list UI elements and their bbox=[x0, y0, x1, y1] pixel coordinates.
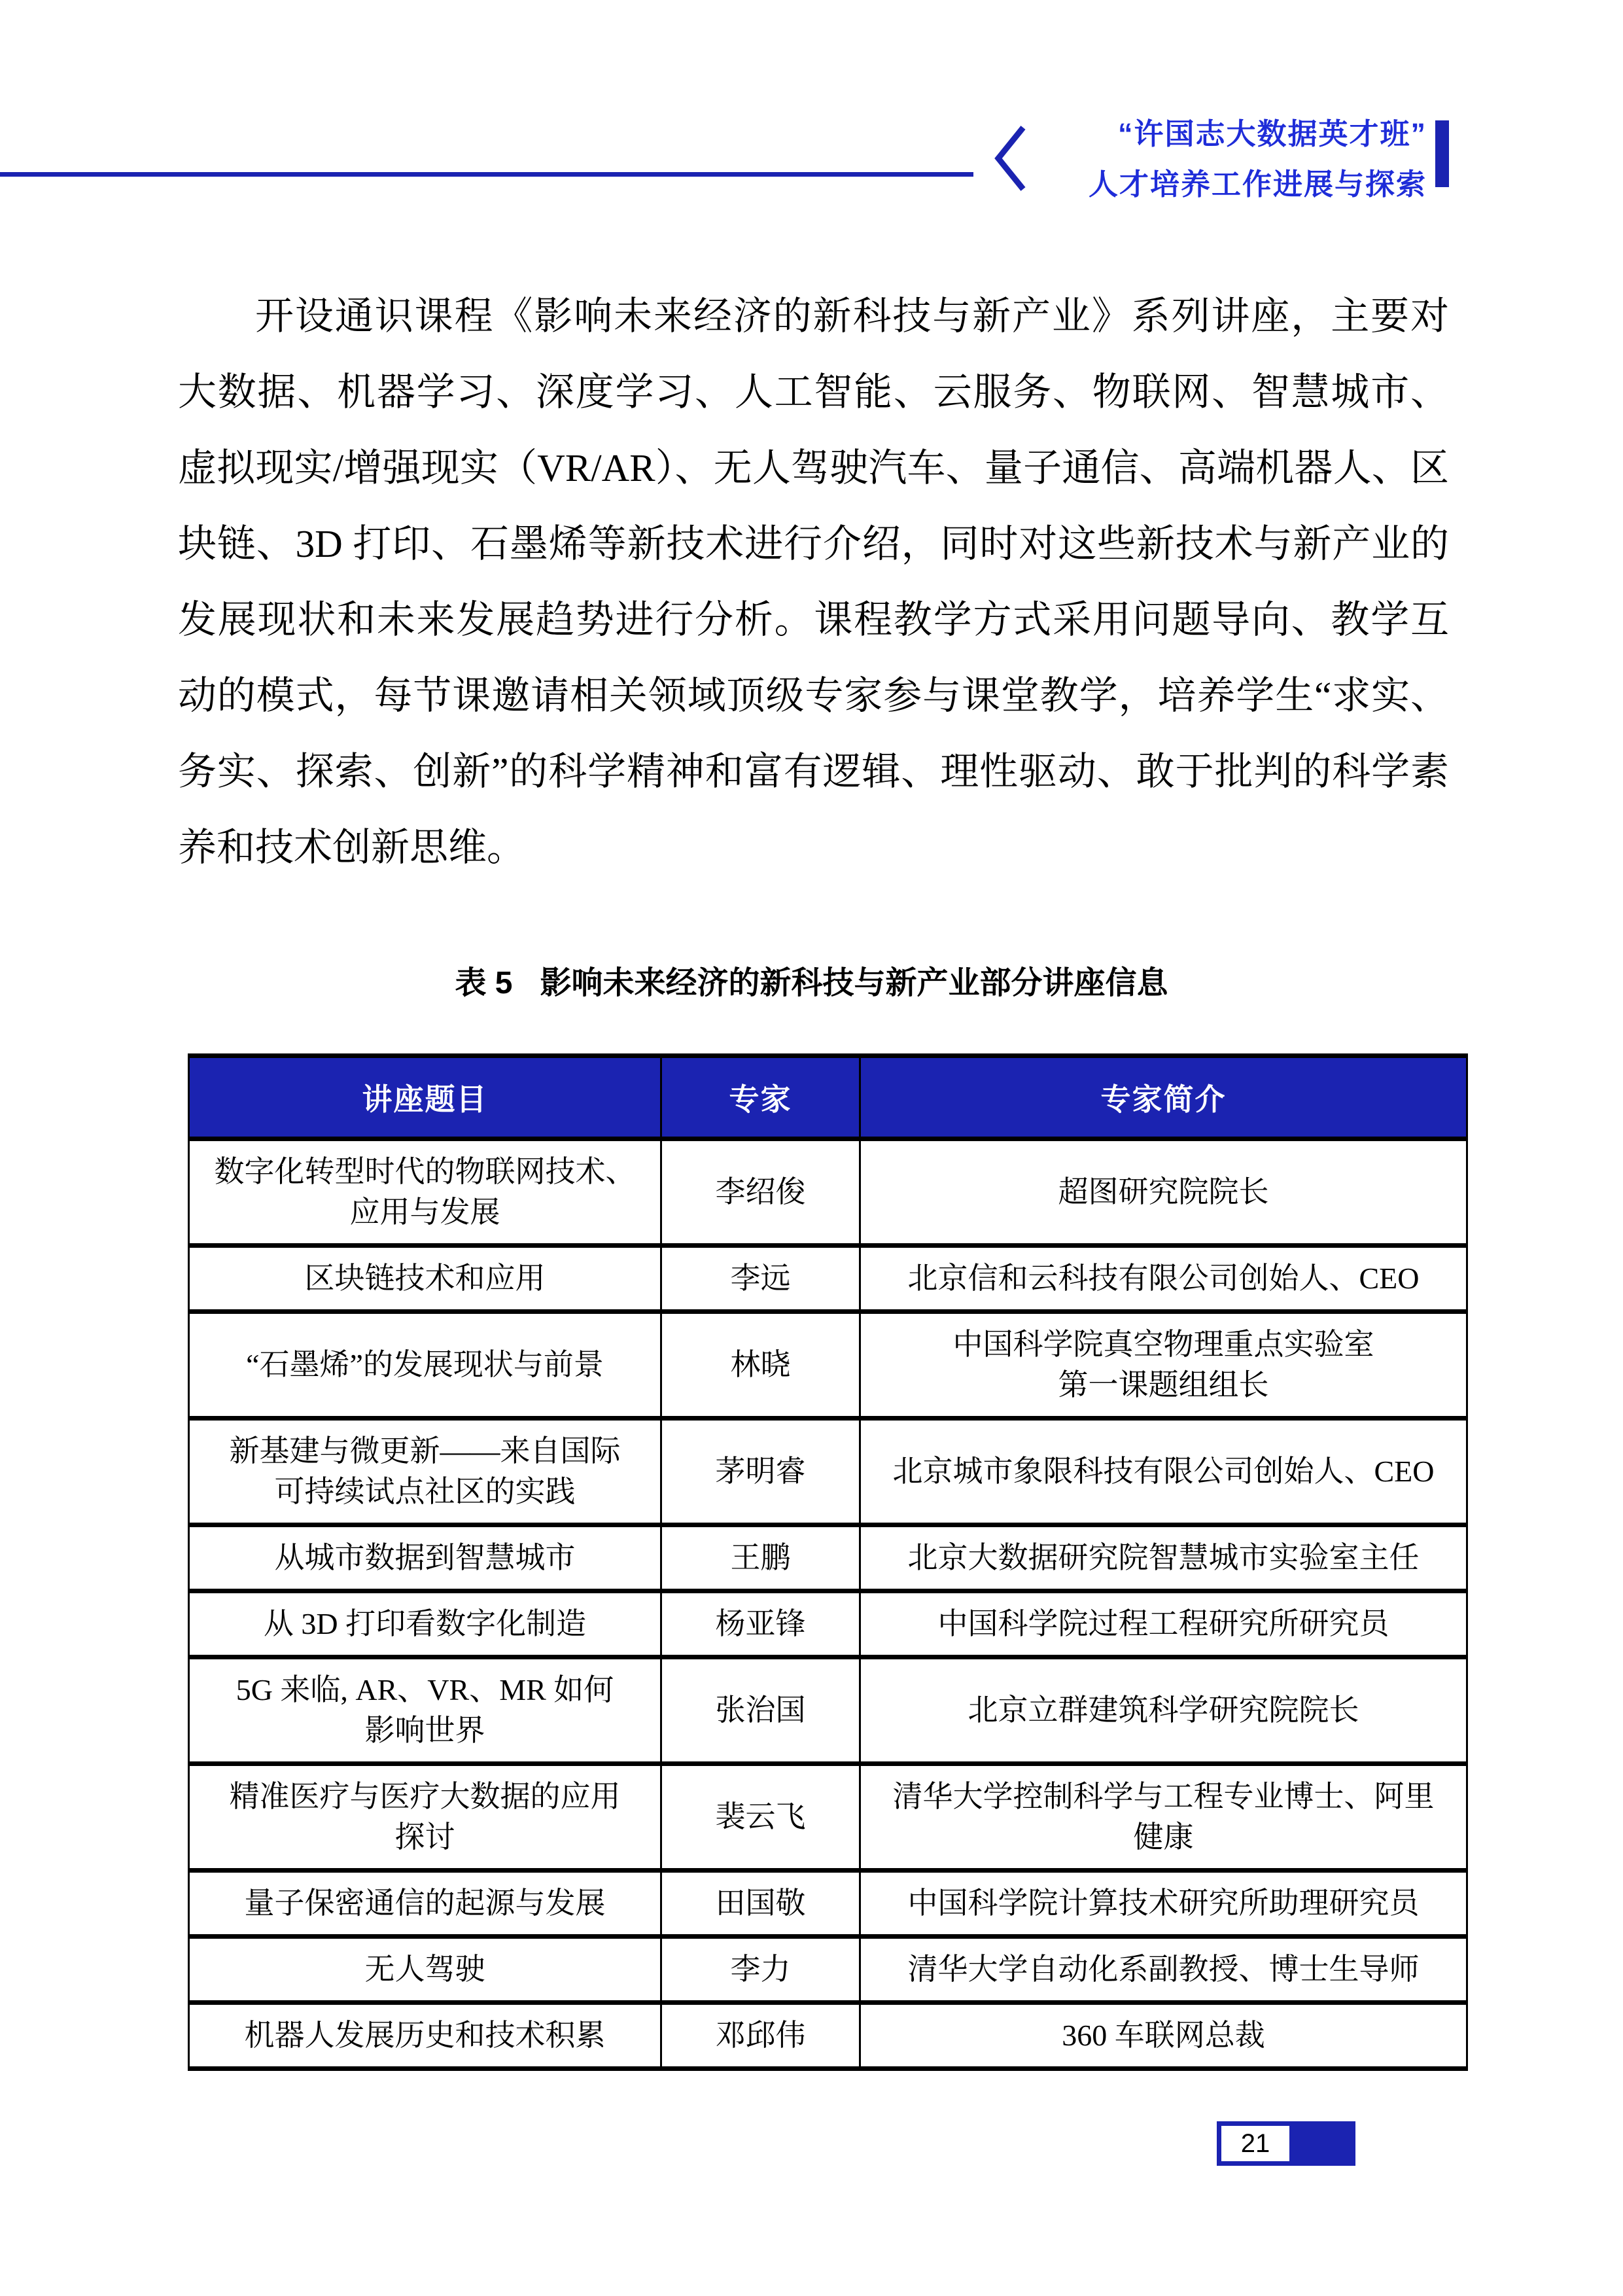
table-row: 新基建与微更新——来自国际 可持续试点社区的实践 茅明睿 北京城市象限科技有限公… bbox=[189, 1419, 1467, 1525]
table-row: 精准医疗与医疗大数据的应用 探讨 裴云飞 清华大学控制科学与工程专业博士、阿里 … bbox=[189, 1764, 1467, 1871]
cell-bio: 360 车联网总裁 bbox=[860, 2003, 1467, 2069]
cell-expert: 李远 bbox=[661, 1246, 860, 1312]
body-paragraph: 开设通识课程《影响未来经济的新科技与新产业》系列讲座，主要对大数据、机器学习、深… bbox=[178, 278, 1449, 885]
cell-expert: 田国敬 bbox=[661, 1871, 860, 1937]
column-header-bio: 专家简介 bbox=[860, 1056, 1467, 1139]
header-vertical-bar bbox=[1435, 120, 1449, 187]
column-header-topic: 讲座题目 bbox=[189, 1056, 661, 1139]
cell-topic: 区块链技术和应用 bbox=[189, 1246, 661, 1312]
cell-topic: 无人驾驶 bbox=[189, 1937, 661, 2003]
cell-bio: 北京大数据研究院智慧城市实验室主任 bbox=[860, 1525, 1467, 1591]
cell-bio: 清华大学控制科学与工程专业博士、阿里 健康 bbox=[860, 1764, 1467, 1871]
cell-bio: 中国科学院真空物理重点实验室 第一课题组组长 bbox=[860, 1312, 1467, 1419]
cell-expert: 林晓 bbox=[661, 1312, 860, 1419]
cell-bio: 北京信和云科技有限公司创始人、CEO bbox=[860, 1246, 1467, 1312]
header-horizontal-rule bbox=[0, 172, 973, 177]
cell-expert: 张治国 bbox=[661, 1657, 860, 1764]
header-title-line2: 人才培养工作进展与探索 bbox=[1089, 159, 1427, 209]
chevron-left-icon bbox=[992, 124, 1032, 192]
cell-expert: 邓邱伟 bbox=[661, 2003, 860, 2069]
cell-topic: 5G 来临, AR、VR、MR 如何 影响世界 bbox=[189, 1657, 661, 1764]
cell-topic: 精准医疗与医疗大数据的应用 探讨 bbox=[189, 1764, 661, 1871]
table-caption-title: 影响未来经济的新科技与新产业部分讲座信息 bbox=[540, 966, 1168, 1000]
lecture-info-table: 讲座题目 专家 专家简介 数字化转型时代的物联网技术、 应用与发展 李绍俊 超图… bbox=[188, 1053, 1468, 2071]
table-row: 区块链技术和应用 李远 北京信和云科技有限公司创始人、CEO bbox=[189, 1246, 1467, 1312]
header-title: “许国志大数据英才班” 人才培养工作进展与探索 bbox=[1089, 109, 1427, 209]
cell-topic: 从 3D 打印看数字化制造 bbox=[189, 1591, 661, 1657]
cell-bio: 中国科学院计算技术研究所助理研究员 bbox=[860, 1871, 1467, 1937]
table-row: 从城市数据到智慧城市 王鹏 北京大数据研究院智慧城市实验室主任 bbox=[189, 1525, 1467, 1591]
header-title-line1: “许国志大数据英才班” bbox=[1089, 109, 1427, 159]
cell-expert: 杨亚锋 bbox=[661, 1591, 860, 1657]
page-header: “许国志大数据英才班” 人才培养工作进展与探索 bbox=[0, 0, 1623, 222]
table-row: 量子保密通信的起源与发展 田国敬 中国科学院计算技术研究所助理研究员 bbox=[189, 1871, 1467, 1937]
cell-topic: 机器人发展历史和技术积累 bbox=[189, 2003, 661, 2069]
table-caption-label: 表 5 bbox=[455, 966, 512, 1000]
page-number: 21 bbox=[1221, 2126, 1289, 2161]
cell-bio: 清华大学自动化系副教授、博士生导师 bbox=[860, 1937, 1467, 2003]
cell-topic: 数字化转型时代的物联网技术、 应用与发展 bbox=[189, 1139, 661, 1246]
table-caption: 表 5影响未来经济的新科技与新产业部分讲座信息 bbox=[0, 957, 1623, 1002]
column-header-expert: 专家 bbox=[661, 1056, 860, 1139]
cell-topic: 从城市数据到智慧城市 bbox=[189, 1525, 661, 1591]
cell-expert: 裴云飞 bbox=[661, 1764, 860, 1871]
table-row: 无人驾驶 李力 清华大学自动化系副教授、博士生导师 bbox=[189, 1937, 1467, 2003]
cell-bio: 超图研究院院长 bbox=[860, 1139, 1467, 1246]
cell-expert: 李力 bbox=[661, 1937, 860, 2003]
document-page: { "header": { "line1": "“许国志大数据英才班”", "l… bbox=[0, 0, 1623, 2296]
table-row: “石墨烯”的发展现状与前景 林晓 中国科学院真空物理重点实验室 第一课题组组长 bbox=[189, 1312, 1467, 1419]
table-row: 从 3D 打印看数字化制造 杨亚锋 中国科学院过程工程研究所研究员 bbox=[189, 1591, 1467, 1657]
cell-topic: 新基建与微更新——来自国际 可持续试点社区的实践 bbox=[189, 1419, 661, 1525]
cell-bio: 北京城市象限科技有限公司创始人、CEO bbox=[860, 1419, 1467, 1525]
cell-expert: 李绍俊 bbox=[661, 1139, 860, 1246]
cell-bio: 北京立群建筑科学研究院院长 bbox=[860, 1657, 1467, 1764]
cell-expert: 茅明睿 bbox=[661, 1419, 860, 1525]
cell-bio: 中国科学院过程工程研究所研究员 bbox=[860, 1591, 1467, 1657]
cell-expert: 王鹏 bbox=[661, 1525, 860, 1591]
cell-topic: “石墨烯”的发展现状与前景 bbox=[189, 1312, 661, 1419]
table-row: 机器人发展历史和技术积累 邓邱伟 360 车联网总裁 bbox=[189, 2003, 1467, 2069]
cell-topic: 量子保密通信的起源与发展 bbox=[189, 1871, 661, 1937]
page-footer: 21 bbox=[1217, 2121, 1355, 2166]
table-row: 数字化转型时代的物联网技术、 应用与发展 李绍俊 超图研究院院长 bbox=[189, 1139, 1467, 1246]
table-header-row: 讲座题目 专家 专家简介 bbox=[189, 1056, 1467, 1139]
table-row: 5G 来临, AR、VR、MR 如何 影响世界 张治国 北京立群建筑科学研究院院… bbox=[189, 1657, 1467, 1764]
